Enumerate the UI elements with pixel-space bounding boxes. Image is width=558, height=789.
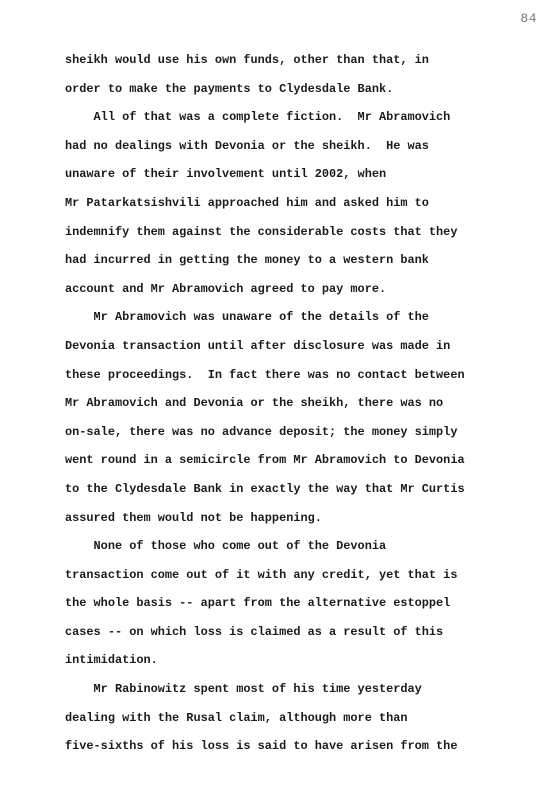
transcript-line: to the Clydesdale Bank in exactly the wa…	[65, 475, 535, 504]
transcript-line: sheikh would use his own funds, other th…	[65, 46, 535, 75]
transcript-line: went round in a semicircle from Mr Abram…	[65, 446, 535, 475]
transcript-line: Devonia transaction until after disclosu…	[65, 332, 535, 361]
transcript-line: had no dealings with Devonia or the shei…	[65, 132, 535, 161]
transcript-line: All of that was a complete fiction. Mr A…	[65, 103, 535, 132]
transcript-line: on-sale, there was no advance deposit; t…	[65, 418, 535, 447]
transcript-line: indemnify them against the considerable …	[65, 218, 535, 247]
transcript-line: Mr Rabinowitz spent most of his time yes…	[65, 675, 535, 704]
transcript-line: cases -- on which loss is claimed as a r…	[65, 618, 535, 647]
transcript-line: Mr Abramovich and Devonia or the sheikh,…	[65, 389, 535, 418]
transcript-line: Mr Abramovich was unaware of the details…	[65, 303, 535, 332]
transcript-line: dealing with the Rusal claim, although m…	[65, 704, 535, 733]
page-number: 84	[520, 11, 537, 26]
transcript-page: 84 sheikh would use his own funds, other…	[0, 0, 558, 789]
transcript-line: intimidation.	[65, 646, 535, 675]
transcript-line: order to make the payments to Clydesdale…	[65, 75, 535, 104]
transcript-line: the whole basis -- apart from the altern…	[65, 589, 535, 618]
transcript-text: sheikh would use his own funds, other th…	[65, 46, 535, 761]
transcript-line: assured them would not be happening.	[65, 504, 535, 533]
transcript-line: had incurred in getting the money to a w…	[65, 246, 535, 275]
transcript-line: five-sixths of his loss is said to have …	[65, 732, 535, 761]
transcript-line: Mr Patarkatsishvili approached him and a…	[65, 189, 535, 218]
transcript-line: unaware of their involvement until 2002,…	[65, 160, 535, 189]
transcript-line: transaction come out of it with any cred…	[65, 561, 535, 590]
transcript-line: these proceedings. In fact there was no …	[65, 361, 535, 390]
transcript-line: None of those who come out of the Devoni…	[65, 532, 535, 561]
transcript-line: account and Mr Abramovich agreed to pay …	[65, 275, 535, 304]
